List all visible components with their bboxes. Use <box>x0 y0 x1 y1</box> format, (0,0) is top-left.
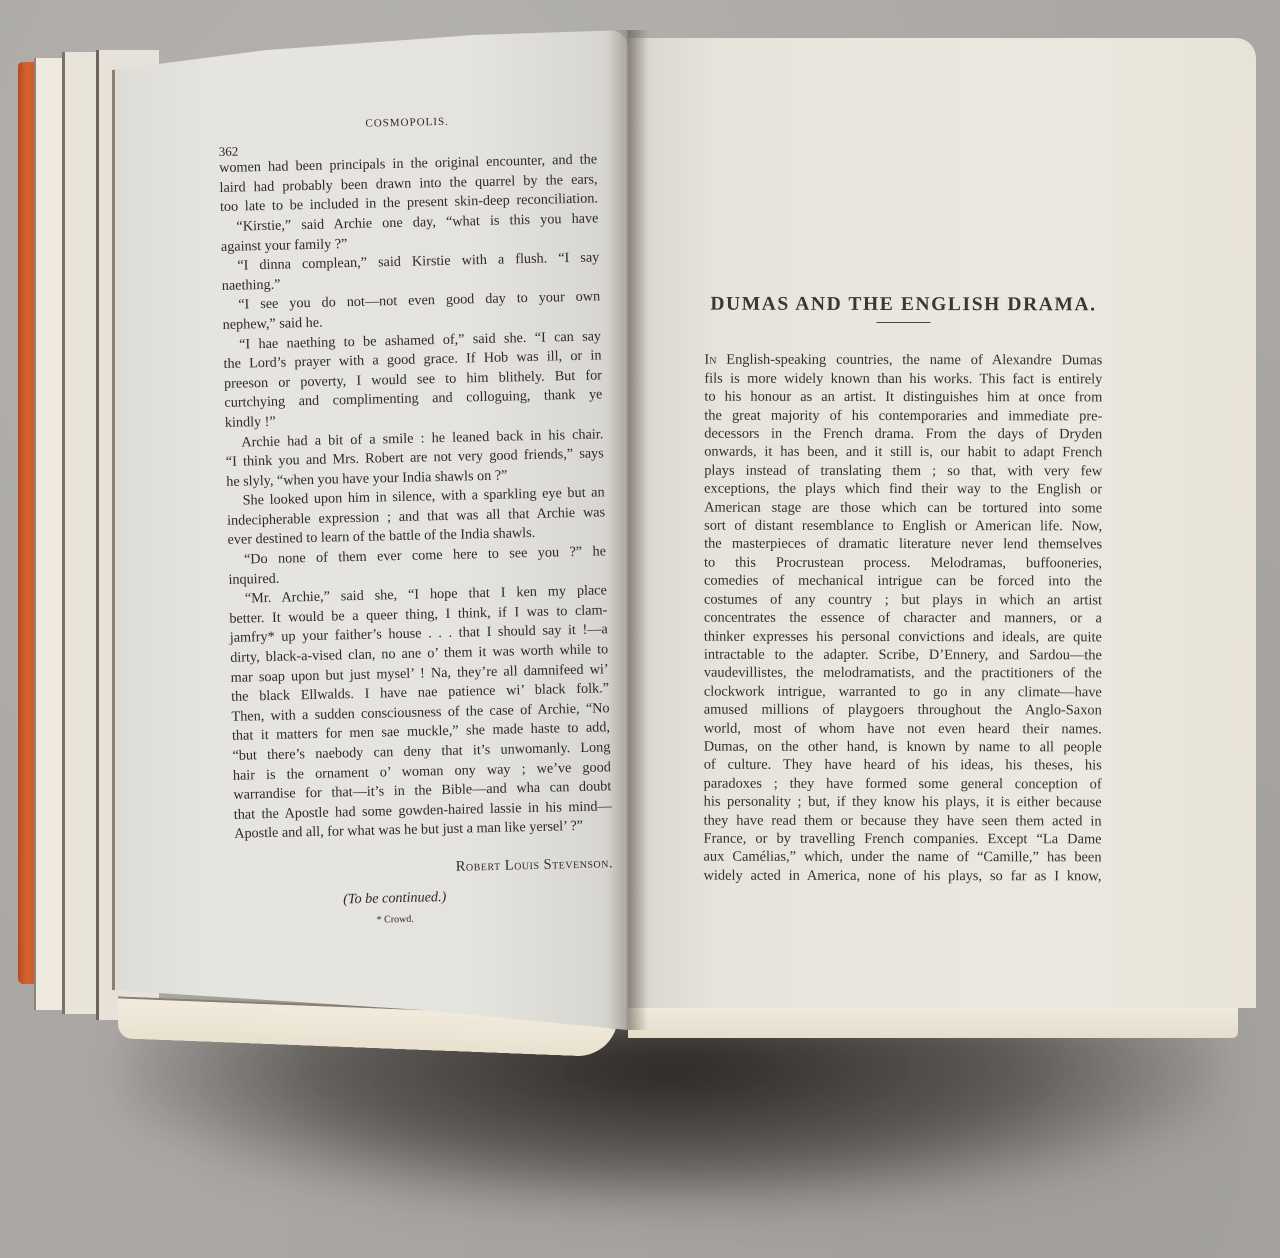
text-line: the masterpieces of dramatic literature … <box>704 535 1102 554</box>
right-page-text: DUMAS AND THE ENGLISH DRAMA. In English-… <box>703 296 1102 886</box>
author-signature: Robert Louis Stevenson. <box>235 854 613 882</box>
text-line: intractable to the adapter. Scribe, D’En… <box>704 646 1102 665</box>
text-line: exceptions, the plays which find their w… <box>704 480 1102 499</box>
text-line: vaudevillistes, the melodramatists, and … <box>704 664 1102 683</box>
text-line: to this Procrustean process. Melodramas,… <box>704 554 1102 573</box>
text-line: sort of distant resemblance to English o… <box>704 517 1102 536</box>
text-line: Dumas, on the other hand, is known by na… <box>704 738 1102 757</box>
text-line: concentrates the essence of character an… <box>704 609 1102 628</box>
opening-word: In <box>704 352 716 368</box>
text-line: widely acted in America, none of his pla… <box>703 866 1101 885</box>
text-line-rest: English-speaking countries, the name of … <box>716 352 1102 369</box>
text-line: to his honour as an artist. It distingui… <box>704 388 1102 407</box>
text-line: clockwork intrigue, warranted to go in a… <box>704 682 1102 701</box>
article-title: DUMAS AND THE ENGLISH DRAMA. <box>704 296 1102 315</box>
text-line: plays instead of translating them ; so t… <box>704 461 1102 480</box>
text-line: world, most of whom have not even heard … <box>704 719 1102 738</box>
book-gutter <box>608 30 648 1030</box>
text-line: amused millions of playgoers throughout … <box>704 701 1102 720</box>
text-line: France, or by travelling French companie… <box>704 830 1102 849</box>
text-line: of culture. They have heard of his ideas… <box>704 756 1102 775</box>
text-line: fils is more widely known than his works… <box>704 369 1102 388</box>
text-line: aux Camélias,” which, under the name of … <box>704 848 1102 867</box>
text-line: they have read them or because they have… <box>704 811 1102 830</box>
text-line: onwards, it has been, and it still is, o… <box>704 443 1102 462</box>
left-page-text: COSMOPOLIS. 362 women had been principal… <box>218 109 614 933</box>
text-line: American stage are those which can be to… <box>704 498 1102 517</box>
text-line: costumes of any country ; but plays in w… <box>704 590 1102 609</box>
title-rule <box>876 322 930 323</box>
text-line: his personality ; but, if they know his … <box>704 793 1102 812</box>
right-page-bottom-edge <box>628 1006 1238 1038</box>
text-line: In English-speaking countries, the name … <box>704 351 1102 370</box>
text-line: paradoxes ; they have formed some genera… <box>704 774 1102 793</box>
text-line: decessors in the French drama. From the … <box>704 425 1102 444</box>
text-line: the great majority of his contemporaries… <box>704 406 1102 425</box>
text-line: comedies of mechanical intrigue can be f… <box>704 572 1102 591</box>
text-line: thinker expresses his personal convictio… <box>704 627 1102 646</box>
